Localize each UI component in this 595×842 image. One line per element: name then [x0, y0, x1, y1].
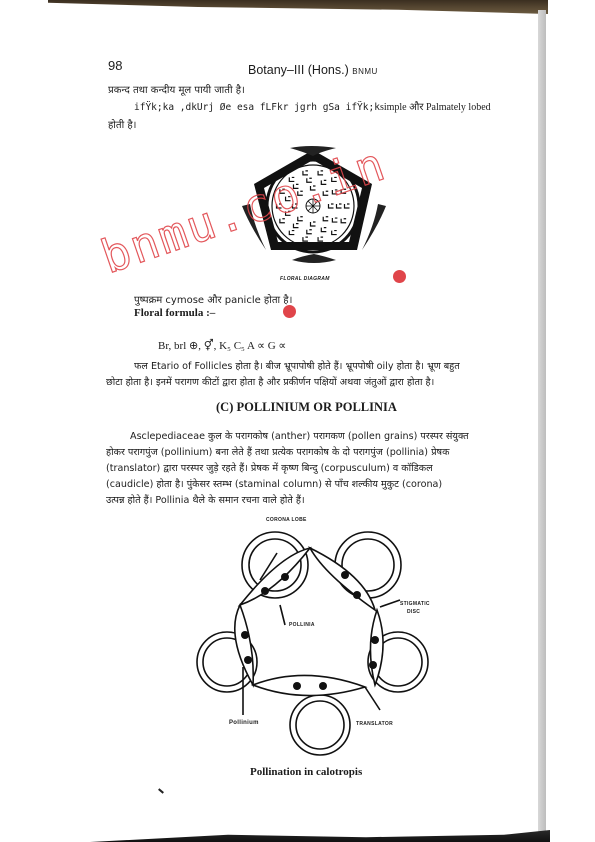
label-translator: TRANSLATOR — [356, 721, 393, 727]
label-pollinia: POLLINIA — [289, 622, 315, 628]
figure-caption: Pollination in calotropis — [250, 766, 362, 778]
paragraph-line: (caudicle) होता है। पुंकेसर स्तम्भ (stam… — [106, 477, 442, 490]
page-number: 98 — [108, 58, 122, 73]
pollinia-diagram — [185, 515, 435, 765]
figure-caption: FLORAL DIAGRAM — [280, 276, 330, 282]
garbled-text: ifŸk;ka ,dkUrj Øe esa fLFkr jgrh gSa ifŸ… — [134, 102, 380, 113]
running-title: Botany–III (Hons.) — [248, 63, 349, 77]
floral-formula: Br, brl ⊕, ⚥, K₅ C₅ A ∝ G ∝ — [158, 339, 286, 352]
book-page: 98 Botany–III (Hons.) BNMU प्रकन्द तथा क… — [0, 0, 595, 842]
paragraph-line: होकर परागपुंज (pollinium) बना लेते हैं त… — [106, 445, 449, 458]
text-line: होती है। — [108, 117, 136, 131]
label-stigmatic-disc: STIGMATIC — [400, 601, 430, 607]
paragraph-line: उत्पन्न होते हैं। Pollinia थैले के समान … — [106, 493, 305, 506]
label-pollinium: Pollinium — [229, 720, 259, 726]
running-header: Botany–III (Hons.) BNMU — [248, 63, 378, 77]
pen-mark — [158, 788, 164, 793]
inflorescence-text: पुष्पक्रम cymose और panicle होता है। — [134, 295, 292, 306]
label-corona-lobe: CORONA LOBE — [266, 517, 307, 523]
text-line: प्रकन्द तथा कन्दीय मूल पायी जाती है। — [108, 82, 245, 96]
label-stigmatic-disc-2: DISC — [407, 609, 420, 615]
text-line: फल Etario of Follicles होता है। बीज भ्रू… — [134, 359, 460, 372]
paragraph-line: Asclepediaceae कुल के परागकोष (anther) प… — [130, 429, 469, 442]
section-heading: (C) POLLINIUM OR POLLINIA — [216, 400, 397, 415]
paragraph-line: (translator) द्वारा परस्पर जुड़े रहते है… — [106, 461, 433, 474]
text-line: पुष्पक्रम cymose और panicle होता है। — [134, 292, 292, 306]
watermark-dot — [283, 305, 296, 318]
running-title-suffix: BNMU — [352, 67, 378, 76]
watermark-dot — [393, 270, 406, 283]
floral-formula-heading: Floral formula :– — [134, 307, 215, 319]
text-tail: simple और Palmately lobed — [380, 102, 491, 113]
text-line: ifŸk;ka ,dkUrj Øe esa fLFkr jgrh gSa ifŸ… — [134, 99, 491, 113]
text-line: छोटा होता है। इनमें परागण कीटों द्वारा ह… — [106, 375, 434, 388]
